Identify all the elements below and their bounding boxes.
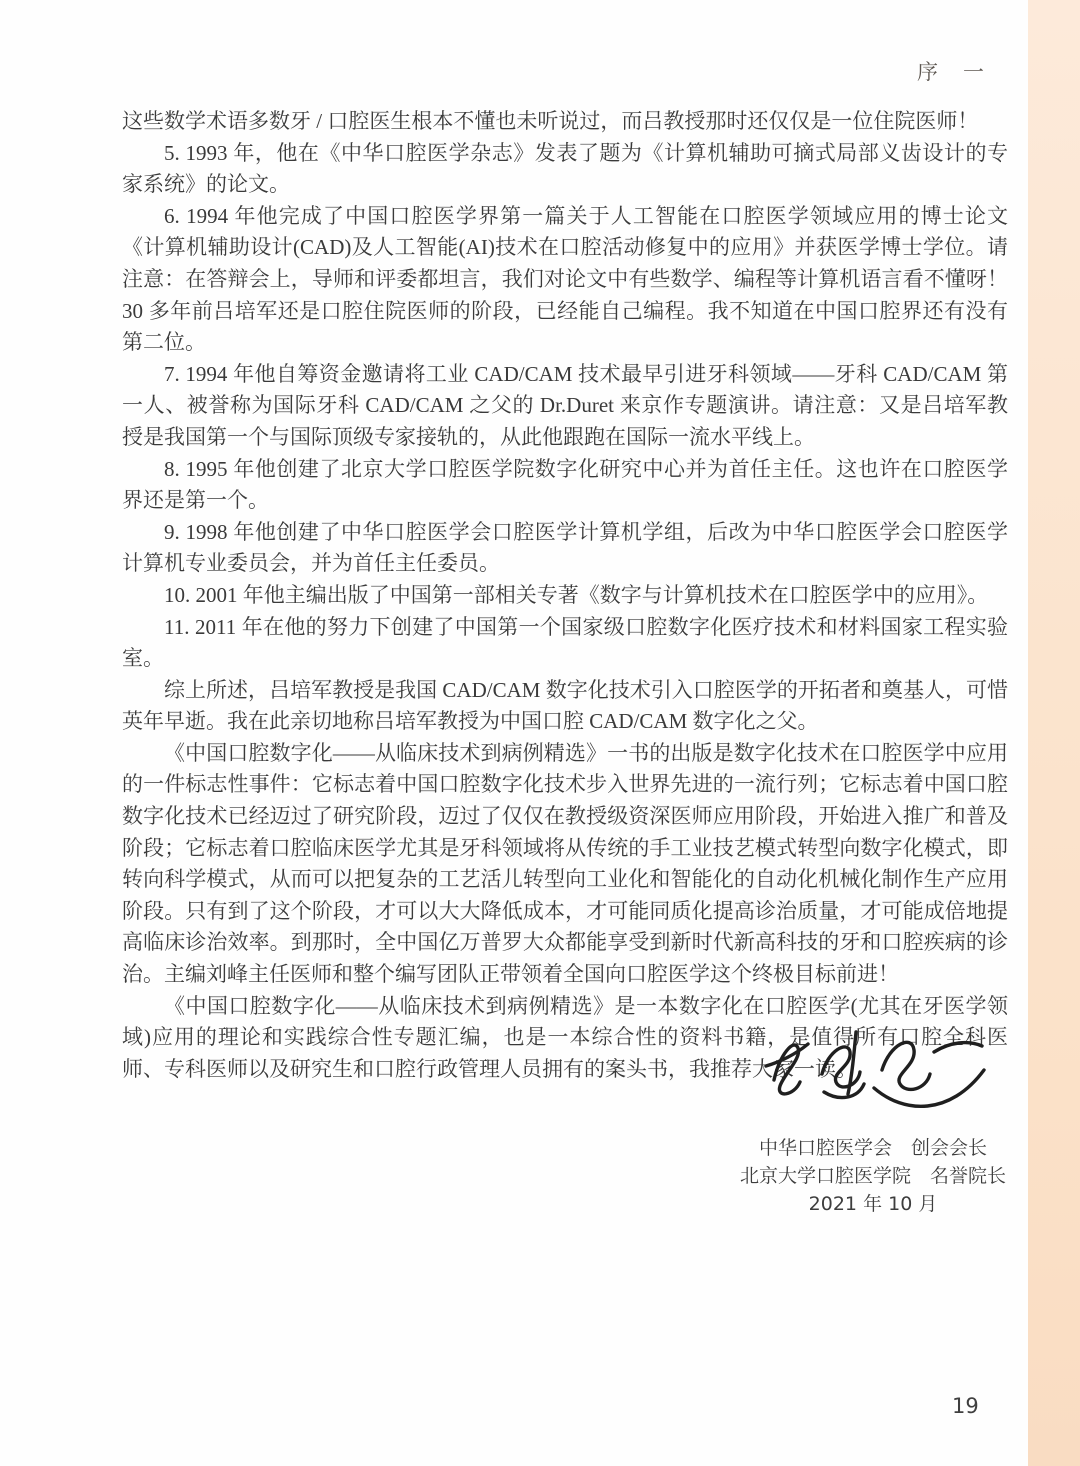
book-page: 序 一 这些数学术语多数牙 / 口腔医生根本不懂也未听说过，而吕教授那时还仅仅是… xyxy=(0,0,1080,1466)
scanned-page-edge xyxy=(1028,0,1080,1466)
paragraph: 8. 1995 年他创建了北京大学口腔医学院数字化研究中心并为首任主任。这也许在… xyxy=(122,454,1008,517)
paragraph: 11. 2011 年在他的努力下创建了中国第一个国家级口腔数字化医疗技术和材料国… xyxy=(122,612,1008,675)
paragraph: 9. 1998 年他创建了中华口腔医学会口腔医学计算机学组，后改为中华口腔医学会… xyxy=(122,517,1008,580)
body-text: 这些数学术语多数牙 / 口腔医生根本不懂也未听说过，而吕教授那时还仅仅是一位住院… xyxy=(122,106,1008,1085)
signature-title-line: 北京大学口腔医学院 名誉院长 xyxy=(713,1162,1033,1190)
handwritten-signature xyxy=(758,1024,988,1124)
signature-date: 2021 年 10 月 xyxy=(713,1190,1033,1218)
signature-title-line: 中华口腔医学会 创会会长 xyxy=(713,1134,1033,1162)
paragraph: 7. 1994 年他自筹资金邀请将工业 CAD/CAM 技术最早引进牙科领域——… xyxy=(122,359,1008,454)
paragraph: 10. 2001 年他主编出版了中国第一部相关专著《数字与计算机技术在口腔医学中… xyxy=(122,580,1008,612)
page-number: 19 xyxy=(952,1394,979,1418)
signature-block: 中华口腔医学会 创会会长 北京大学口腔医学院 名誉院长 2021 年 10 月 xyxy=(713,1024,1033,1218)
paragraph: 6. 1994 年他完成了中国口腔医学界第一篇关于人工智能在口腔医学领域应用的博… xyxy=(122,201,1008,359)
paragraph: 综上所述，吕培军教授是我国 CAD/CAM 数字化技术引入口腔医学的开拓者和奠基… xyxy=(122,675,1008,738)
paragraph: 这些数学术语多数牙 / 口腔医生根本不懂也未听说过，而吕教授那时还仅仅是一位住院… xyxy=(122,106,1008,138)
section-header: 序 一 xyxy=(917,56,986,86)
paragraph: 《中国口腔数字化——从临床技术到病例精选》一书的出版是数字化技术在口腔医学中应用… xyxy=(122,738,1008,991)
paragraph: 5. 1993 年，他在《中华口腔医学杂志》发表了题为《计算机辅助可摘式局部义齿… xyxy=(122,138,1008,201)
